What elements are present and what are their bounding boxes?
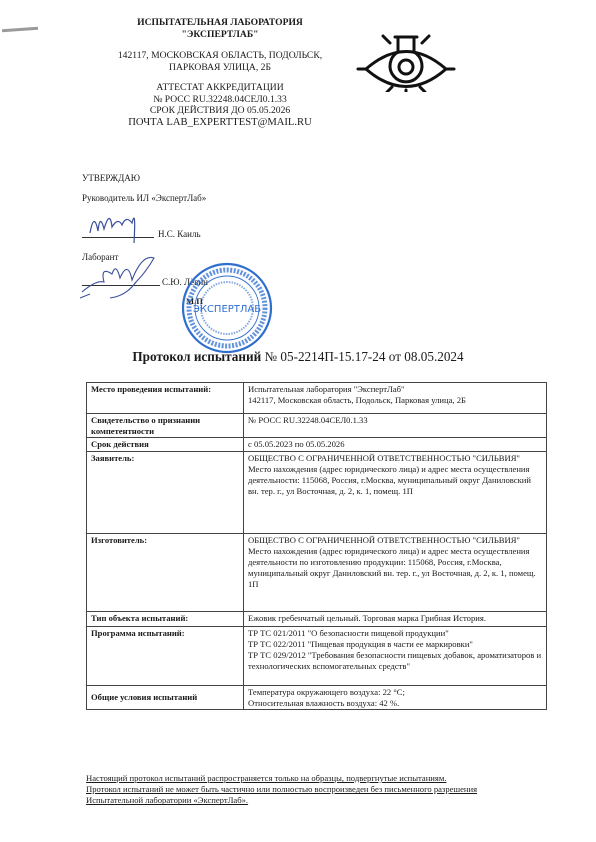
- head-role: Руководитель ИЛ «ЭкспертЛаб»: [82, 193, 206, 203]
- row-key: Место проведения испытаний:: [87, 383, 244, 414]
- lab-email: ПОЧТА LAB_EXPERTTEST@MAIL.RU: [60, 117, 380, 129]
- head-name: Н.С. Каиль: [158, 229, 201, 239]
- footer-disclaimer: Настоящий протокол испытаний распростран…: [86, 773, 556, 807]
- row-key: Заявитель:: [87, 451, 244, 533]
- row-key: Программа испытаний:: [87, 626, 244, 685]
- row-value: Температура окружающего воздуха: 22 °С; …: [244, 685, 547, 709]
- protocol-title-label: Протокол испытаний: [132, 349, 261, 364]
- table-row: Программа испытаний: ТР ТС 021/2011 "О б…: [87, 626, 547, 685]
- protocol-number: № 05-2214П-15.17-24 от 08.05.2024: [265, 349, 464, 364]
- row-value: ТР ТС 021/2011 "О безопасности пищевой п…: [244, 626, 547, 685]
- lab-address-line1: 142117, МОСКОВСКАЯ ОБЛАСТЬ, ПОДОЛЬСК,: [60, 50, 380, 62]
- row-key: Общие условия испытаний: [87, 685, 244, 709]
- row-key: Тип объекта испытаний:: [87, 611, 244, 626]
- accreditation-validity: СРОК ДЕЙСТВИЯ ДО 05.05.2026: [60, 105, 380, 117]
- accreditation-number: № РОСС RU.32248.04СЕЛ0.1.33: [60, 94, 380, 106]
- lab-title: ИСПЫТАТЕЛЬНАЯ ЛАБОРАТОРИЯ: [60, 17, 380, 29]
- lab-stamp: ЭКСПЕРТЛАБ: [181, 262, 273, 354]
- row-value: ОБЩЕСТВО С ОГРАНИЧЕННОЙ ОТВЕТСТВЕННОСТЬЮ…: [244, 451, 547, 533]
- table-row: Место проведения испытаний: Испытательна…: [87, 383, 547, 414]
- scan-artifact: [2, 27, 38, 33]
- head-signature: [84, 203, 156, 247]
- lab-name: "ЭКСПЕРТЛАБ": [60, 29, 380, 41]
- lab-signature: [76, 252, 172, 302]
- table-row: Изготовитель: ОБЩЕСТВО С ОГРАНИЧЕННОЙ ОТ…: [87, 533, 547, 611]
- protocol-info-table: Место проведения испытаний: Испытательна…: [86, 382, 547, 710]
- accreditation-title: АТТЕСТАТ АККРЕДИТАЦИИ: [60, 82, 380, 94]
- row-value: Ежовик гребенчатый цельный. Торговая мар…: [244, 611, 547, 626]
- table-row: Срок действия с 05.05.2023 по 05.05.2026: [87, 438, 547, 451]
- lab-address-line2: ПАРКОВАЯ УЛИЦА, 2Б: [60, 62, 380, 74]
- row-key: Изготовитель:: [87, 533, 244, 611]
- row-value: Испытательная лаборатория "ЭкспертЛаб" 1…: [244, 383, 547, 414]
- table-row: Общие условия испытаний Температура окру…: [87, 685, 547, 709]
- row-value: ОБЩЕСТВО С ОГРАНИЧЕННОЙ ОТВЕТСТВЕННОСТЬЮ…: [244, 533, 547, 611]
- footer-line: Настоящий протокол испытаний распростран…: [86, 773, 556, 784]
- row-value: с 05.05.2023 по 05.05.2026: [244, 438, 547, 451]
- table-row: Свидетельство о признании компетентности…: [87, 414, 547, 438]
- row-key: Срок действия: [87, 438, 244, 451]
- svg-text:ЭКСПЕРТЛАБ: ЭКСПЕРТЛАБ: [193, 304, 261, 315]
- row-key: Свидетельство о признании компетентности: [87, 414, 244, 438]
- footer-line: Протокол испытаний не может быть частичн…: [86, 784, 556, 795]
- table-row: Заявитель: ОБЩЕСТВО С ОГРАНИЧЕННОЙ ОТВЕТ…: [87, 451, 547, 533]
- protocol-title: Протокол испытаний № 05-2214П-15.17-24 о…: [0, 349, 596, 365]
- eye-flask-icon: [352, 12, 460, 92]
- row-value: № РОСС RU.32248.04СЕЛ0.1.33: [244, 414, 547, 438]
- letterhead: ИСПЫТАТЕЛЬНАЯ ЛАБОРАТОРИЯ "ЭКСПЕРТЛАБ" 1…: [60, 17, 380, 128]
- approve-label: УТВЕРЖДАЮ: [82, 173, 140, 183]
- table-row: Тип объекта испытаний: Ежовик гребенчаты…: [87, 611, 547, 626]
- footer-line: Испытательной лаборатории «ЭкспертЛаб».: [86, 795, 556, 806]
